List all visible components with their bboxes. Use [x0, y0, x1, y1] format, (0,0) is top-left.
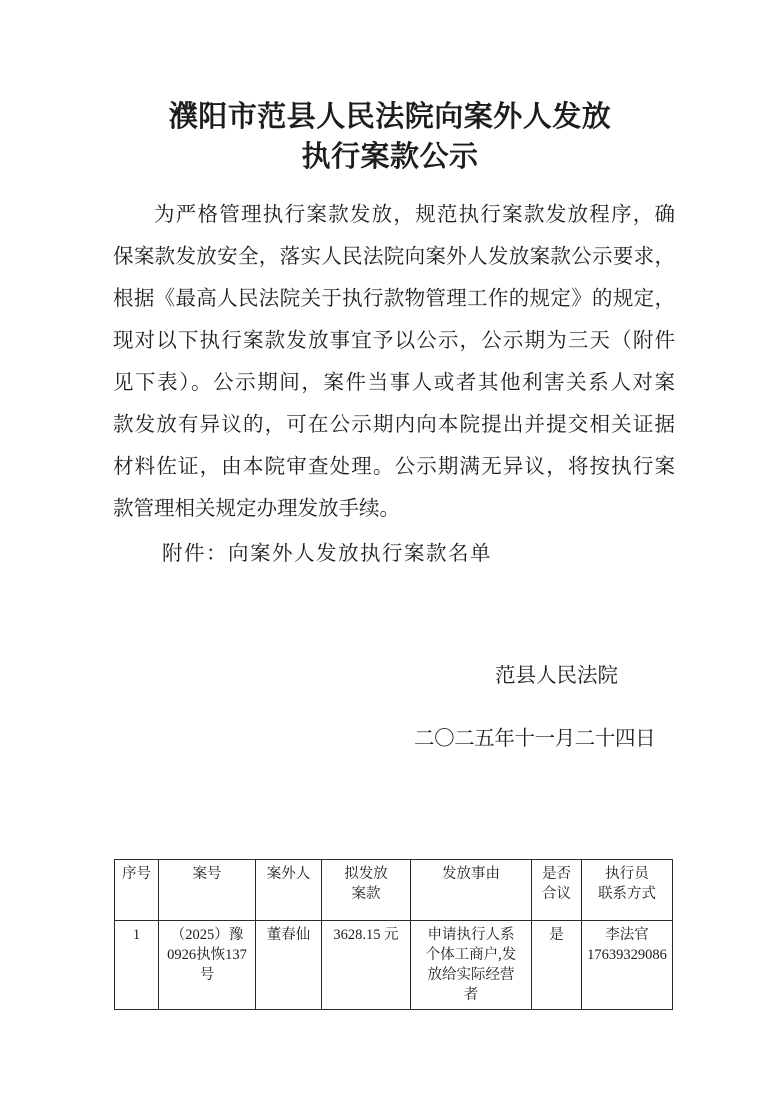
header-label: 发放事由 — [442, 866, 500, 882]
cell-amount: 3628.15 元 — [322, 921, 411, 1010]
col-header-case-no: 案号 — [159, 860, 256, 921]
body-line: 款管理相关规定办理发放手续。 — [113, 488, 675, 530]
body-line: 现对以下执行案款发放事宜予以公示，公示期为三天（附件 — [113, 320, 675, 362]
issue-date: 二〇二五年十一月二十四日 — [414, 724, 655, 754]
cell-outsider: 董春仙 — [256, 921, 322, 1010]
title-line-2: 执行案款公示 — [0, 137, 780, 177]
header-label: 案号 — [193, 866, 222, 882]
body-line: 为严格管理执行案款发放，规范执行案款发放程序，确 — [113, 194, 675, 236]
body-line: 根据《最高人民法院关于执行款物管理工作的规定》的规定， — [113, 278, 675, 320]
cell-case-no: （2025）豫0926执恢137号 — [159, 921, 256, 1010]
header-label: 拟发放 — [344, 866, 388, 882]
table-row: 1 （2025）豫0926执恢137号 董春仙 3628.15 元 申请执行人系… — [115, 921, 673, 1010]
cell-seq: 1 — [115, 921, 159, 1010]
col-header-contact: 执行员联系方式 — [582, 860, 673, 921]
attachment-line: 附件：向案外人发放执行案款名单 — [113, 538, 675, 570]
header-label: 案款 — [352, 886, 381, 902]
body-line: 材料佐证，由本院审查处理。公示期满无异议，将按执行案 — [113, 446, 675, 488]
case-funds-table: 序号 案号 案外人 拟发放案款 发放事由 是否合议 执行员联系方式 1 （202… — [114, 859, 673, 1010]
body-line: 保案款发放安全，落实人民法院向案外人发放案款公示要求， — [113, 236, 675, 278]
executor-name: 李法官 — [605, 927, 649, 943]
header-label: 执行员 — [605, 866, 649, 882]
body-line: 款发放有异议的，可在公示期内向本院提出并提交相关证据 — [113, 404, 675, 446]
header-label: 案外人 — [267, 866, 311, 882]
executor-phone: 17639329086 — [587, 947, 667, 963]
header-label: 联系方式 — [598, 886, 656, 902]
table-header-row: 序号 案号 案外人 拟发放案款 发放事由 是否合议 执行员联系方式 — [115, 860, 673, 921]
cell-reason: 申请执行人系个体工商户,发放给实际经营者 — [411, 921, 532, 1010]
body-line: 见下表）。公示期间，案件当事人或者其他利害关系人对案 — [113, 362, 675, 404]
header-label: 合议 — [542, 886, 571, 902]
col-header-reason: 发放事由 — [411, 860, 532, 921]
col-header-seq: 序号 — [115, 860, 159, 921]
document-page: 濮阳市范县人民法院向案外人发放 执行案款公示 为严格管理执行案款发放，规范执行案… — [0, 0, 780, 1103]
document-title: 濮阳市范县人民法院向案外人发放 执行案款公示 — [0, 97, 780, 177]
col-header-panel: 是否合议 — [532, 860, 582, 921]
col-header-outsider: 案外人 — [256, 860, 322, 921]
header-label: 序号 — [122, 866, 151, 882]
title-line-1: 濮阳市范县人民法院向案外人发放 — [0, 97, 780, 137]
notice-body: 为严格管理执行案款发放，规范执行案款发放程序，确 保案款发放安全，落实人民法院向… — [113, 194, 675, 530]
cell-contact: 李法官17639329086 — [582, 921, 673, 1010]
header-label: 是否 — [542, 866, 571, 882]
issuer-name: 范县人民法院 — [495, 661, 618, 691]
col-header-amount: 拟发放案款 — [322, 860, 411, 921]
cell-panel: 是 — [532, 921, 582, 1010]
